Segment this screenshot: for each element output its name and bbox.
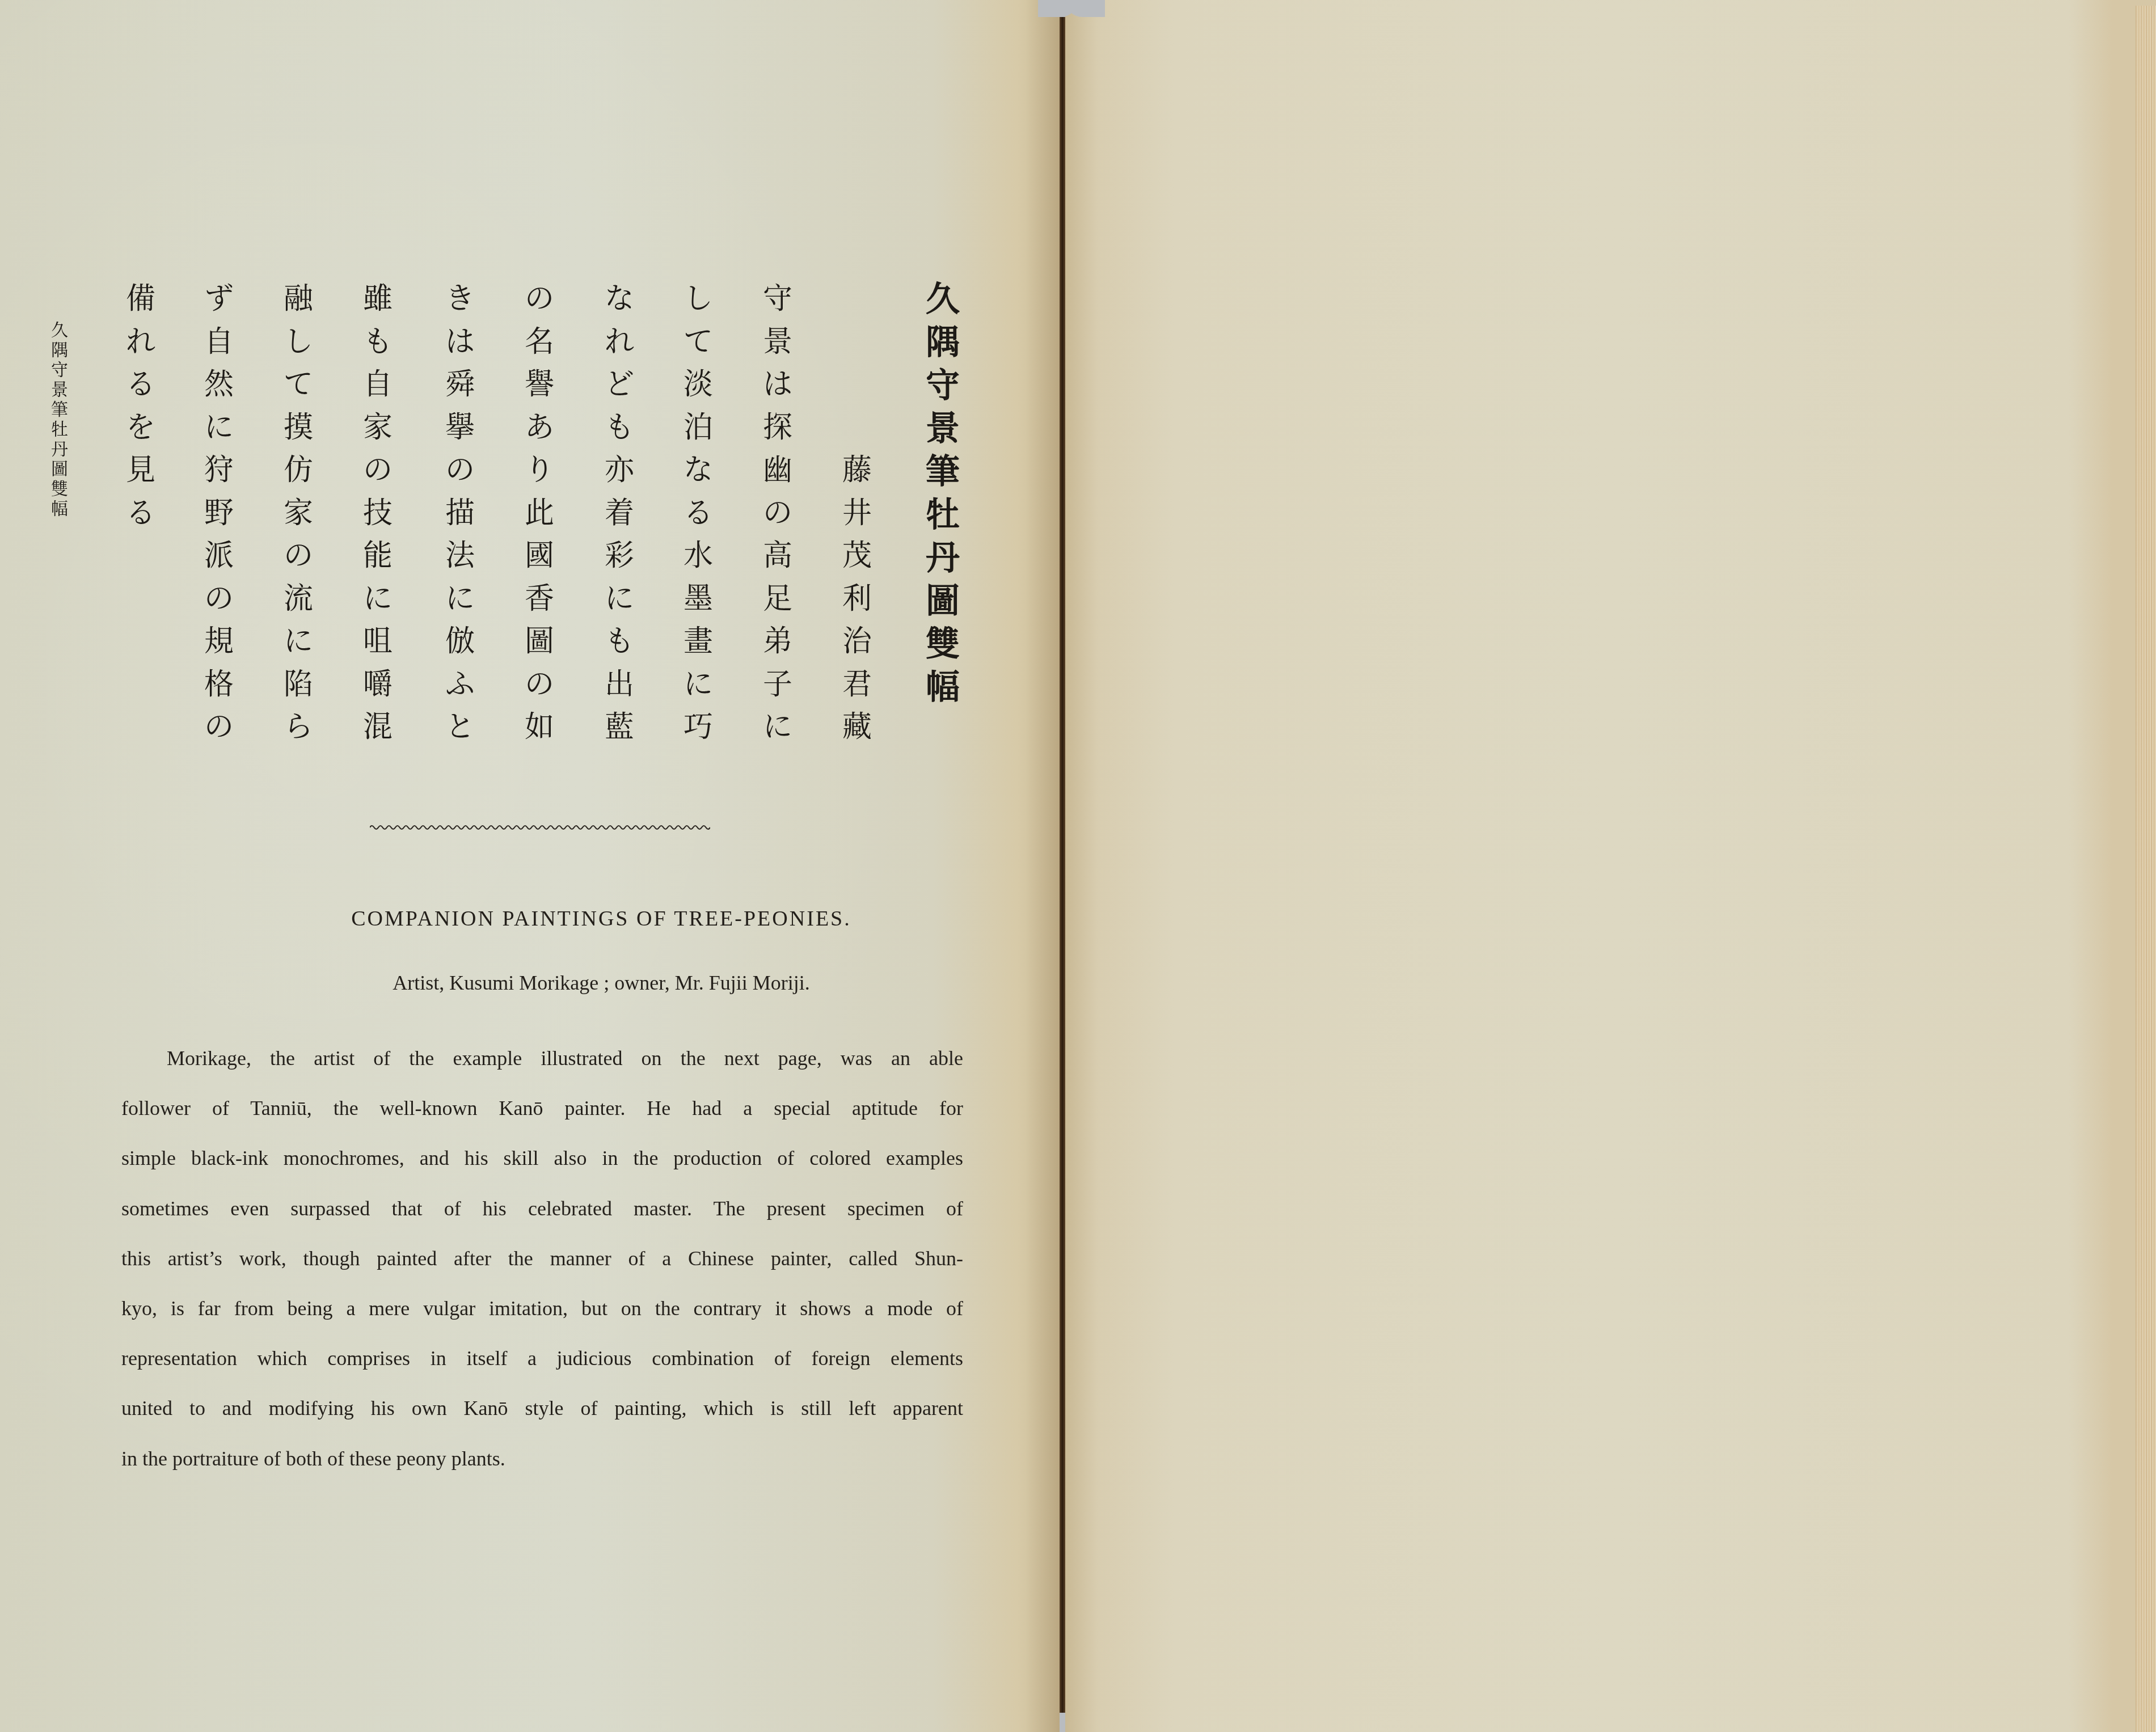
vertical-char: の [525, 278, 554, 321]
body-line: Morikage, the artist of the example illu… [121, 1033, 963, 1083]
vertical-char: 景 [763, 321, 792, 364]
vertical-char: 混 [363, 706, 393, 749]
vertical-char: れ [126, 321, 155, 364]
vertical-char: の [363, 449, 393, 492]
vertical-char: 君 [842, 664, 872, 707]
vertical-char: も [605, 620, 634, 664]
vertical-char: に [763, 706, 792, 749]
vertical-char: 守 [51, 360, 68, 380]
vertical-char: 久 [926, 278, 960, 321]
vertical-char: に [284, 620, 313, 664]
vertical-char: 派 [204, 535, 234, 578]
vertical-char: 守 [926, 364, 960, 407]
vertical-char: て [284, 364, 313, 407]
vertical-char: 弟 [763, 620, 792, 664]
japanese-column-6: 雖も自家の技能に咀嚼混 [363, 278, 393, 749]
vertical-char: 倣 [445, 620, 475, 664]
vertical-char: 巧 [683, 706, 713, 749]
japanese-column-3: なれども亦着彩にも出藍 [605, 278, 634, 749]
vertical-char: 茂 [842, 535, 872, 578]
vertical-char: 幅 [51, 499, 68, 519]
japanese-column-2: して淡泊なる水墨畫に巧 [683, 278, 713, 749]
vertical-char: 幽 [763, 449, 792, 492]
body-line: in the portraiture of both of these peon… [121, 1434, 963, 1484]
vertical-char: 着 [605, 492, 634, 535]
vertical-char: し [284, 321, 313, 364]
vertical-char: 規 [204, 620, 234, 664]
vertical-char: て [683, 321, 713, 364]
vertical-char: の [284, 535, 313, 578]
decorative-wavy-rule [370, 823, 710, 831]
vertical-char: 法 [445, 535, 475, 578]
vertical-char: 擧 [445, 407, 475, 450]
vertical-char: 水 [683, 535, 713, 578]
vertical-char: 墨 [683, 578, 713, 621]
vertical-char: ど [605, 364, 634, 407]
vertical-char: に [683, 664, 713, 707]
body-line: kyo, is far from being a mere vulgar imi… [121, 1283, 963, 1333]
vertical-char: 香 [525, 578, 554, 621]
vertical-char: 譽 [525, 364, 554, 407]
vertical-char: り [525, 449, 554, 492]
vertical-char: 筆 [51, 400, 68, 420]
vertical-char: 子 [763, 664, 792, 707]
vertical-char: を [126, 407, 155, 450]
vertical-char: に [363, 578, 393, 621]
vertical-char: 自 [363, 364, 393, 407]
vertical-char: 然 [204, 364, 234, 407]
vertical-char: も [363, 321, 393, 364]
vertical-char: 井 [842, 492, 872, 535]
running-title-vertical: 久隅守景筆牡丹圖雙幅 [51, 320, 68, 519]
vertical-char: 描 [445, 492, 475, 535]
vertical-char: 咀 [363, 620, 393, 664]
vertical-char: 陷 [284, 664, 313, 707]
vertical-char: る [126, 492, 155, 535]
vertical-char: の [204, 706, 234, 749]
vertical-char: の [445, 449, 475, 492]
body-line: simple black-ink monochromes, and his sk… [121, 1133, 963, 1183]
vertical-char: 雙 [51, 479, 68, 499]
vertical-char: 摸 [284, 407, 313, 450]
vertical-char: 守 [763, 278, 792, 321]
vertical-char: 景 [926, 407, 960, 450]
body-line: follower of Tanniū, the well-known Kanō … [121, 1083, 963, 1133]
vertical-char: 藍 [605, 706, 634, 749]
book-spread: 久隅守景筆牡丹圖雙幅 久隅守景筆牡丹圖雙幅 藤井茂利治君藏 守景は探幽の高足弟子… [0, 0, 2156, 1732]
vertical-char: 見 [126, 449, 155, 492]
vertical-char: 能 [363, 535, 393, 578]
vertical-char: の [204, 578, 234, 621]
vertical-char: る [683, 492, 713, 535]
vertical-char: は [763, 364, 792, 407]
vertical-char: 國 [525, 535, 554, 578]
vertical-char: 丹 [926, 537, 960, 580]
japanese-column-5: きは舜擧の描法に倣ふと [445, 278, 475, 749]
vertical-char: 久 [51, 320, 68, 340]
body-line: this artist’s work, though painted after… [121, 1233, 963, 1283]
vertical-char: 野 [204, 492, 234, 535]
vertical-char: 備 [126, 278, 155, 321]
vertical-char: 高 [763, 535, 792, 578]
vertical-char: 流 [284, 578, 313, 621]
vertical-char: 技 [363, 492, 393, 535]
vertical-char: 丹 [51, 440, 68, 459]
vertical-char: 此 [525, 492, 554, 535]
left-page: 久隅守景筆牡丹圖雙幅 久隅守景筆牡丹圖雙幅 藤井茂利治君藏 守景は探幽の高足弟子… [0, 0, 1060, 1732]
japanese-owner: 藤井茂利治君藏 [842, 449, 872, 749]
vertical-char: 融 [284, 278, 313, 321]
vertical-char: 名 [525, 321, 554, 364]
vertical-char: 嚼 [363, 664, 393, 707]
vertical-char: ふ [445, 664, 475, 707]
japanese-column-8: ず自然に狩野派の規格の [204, 278, 234, 749]
vertical-char: 圖 [51, 459, 68, 479]
vertical-char: 仿 [284, 449, 313, 492]
vertical-char: 舜 [445, 364, 475, 407]
japanese-title: 久隅守景筆牡丹圖雙幅 [926, 278, 960, 709]
vertical-char: 畫 [683, 620, 713, 664]
vertical-char: あ [525, 407, 554, 450]
vertical-char: 治 [842, 620, 872, 664]
english-body: Morikage, the artist of the example illu… [121, 1033, 963, 1484]
vertical-char: 幅 [926, 666, 960, 709]
vertical-char: の [763, 492, 792, 535]
vertical-char: な [683, 449, 713, 492]
page-edges [2136, 6, 2156, 1732]
right-page-blank [1065, 0, 2156, 1732]
vertical-char: に [204, 407, 234, 450]
vertical-char: 圖 [926, 580, 960, 623]
vertical-char: る [126, 364, 155, 407]
vertical-char: 狩 [204, 449, 234, 492]
japanese-column-4: の名譽あり此國香圖の如 [525, 278, 554, 749]
vertical-char: き [445, 278, 475, 321]
vertical-char: も [605, 407, 634, 450]
english-title: COMPANION PAINTINGS OF TREE-PEONIES. [227, 906, 976, 931]
vertical-char: 自 [204, 321, 234, 364]
vertical-char: 牡 [926, 493, 960, 537]
body-line: sometimes even surpassed that of his cel… [121, 1184, 963, 1233]
vertical-char: 藏 [842, 706, 872, 749]
vertical-char: は [445, 321, 475, 364]
vertical-char: 淡 [683, 364, 713, 407]
vertical-char: 足 [763, 578, 792, 621]
vertical-char: 泊 [683, 407, 713, 450]
vertical-char: 圖 [525, 620, 554, 664]
vertical-char: 探 [763, 407, 792, 450]
vertical-char: な [605, 278, 634, 321]
japanese-column-1: 守景は探幽の高足弟子に [763, 278, 792, 749]
vertical-char: れ [605, 321, 634, 364]
body-line: united to and modifying his own Kanō sty… [121, 1383, 963, 1433]
vertical-char: 彩 [605, 535, 634, 578]
vertical-char: と [445, 706, 475, 749]
vertical-char: 如 [525, 706, 554, 749]
vertical-char: 隅 [51, 340, 68, 360]
vertical-char: 出 [605, 664, 634, 707]
vertical-char: 藤 [842, 449, 872, 492]
vertical-char: 家 [284, 492, 313, 535]
book-gutter [1060, 17, 1065, 1713]
vertical-char: 利 [842, 578, 872, 621]
vertical-char: 亦 [605, 449, 634, 492]
english-credit: Artist, Kusumi Morikage ; owner, Mr. Fuj… [227, 971, 976, 995]
vertical-char: 雙 [926, 623, 960, 666]
japanese-column-7: 融して摸仿家の流に陷ら [284, 278, 313, 749]
vertical-char: 牡 [51, 420, 68, 440]
vertical-char: に [445, 578, 475, 621]
vertical-char: 隅 [926, 321, 960, 364]
japanese-column-9: 備れるを見る [126, 278, 155, 535]
vertical-char: に [605, 578, 634, 621]
vertical-char: 格 [204, 664, 234, 707]
body-line: representation which comprises in itself… [121, 1333, 963, 1383]
vertical-char: 景 [51, 380, 68, 400]
vertical-char: ず [204, 278, 234, 321]
vertical-char: ら [284, 706, 313, 749]
vertical-char: 筆 [926, 450, 960, 493]
vertical-char: 雖 [363, 278, 393, 321]
vertical-char: し [683, 278, 713, 321]
vertical-char: 家 [363, 407, 393, 450]
vertical-char: の [525, 664, 554, 707]
